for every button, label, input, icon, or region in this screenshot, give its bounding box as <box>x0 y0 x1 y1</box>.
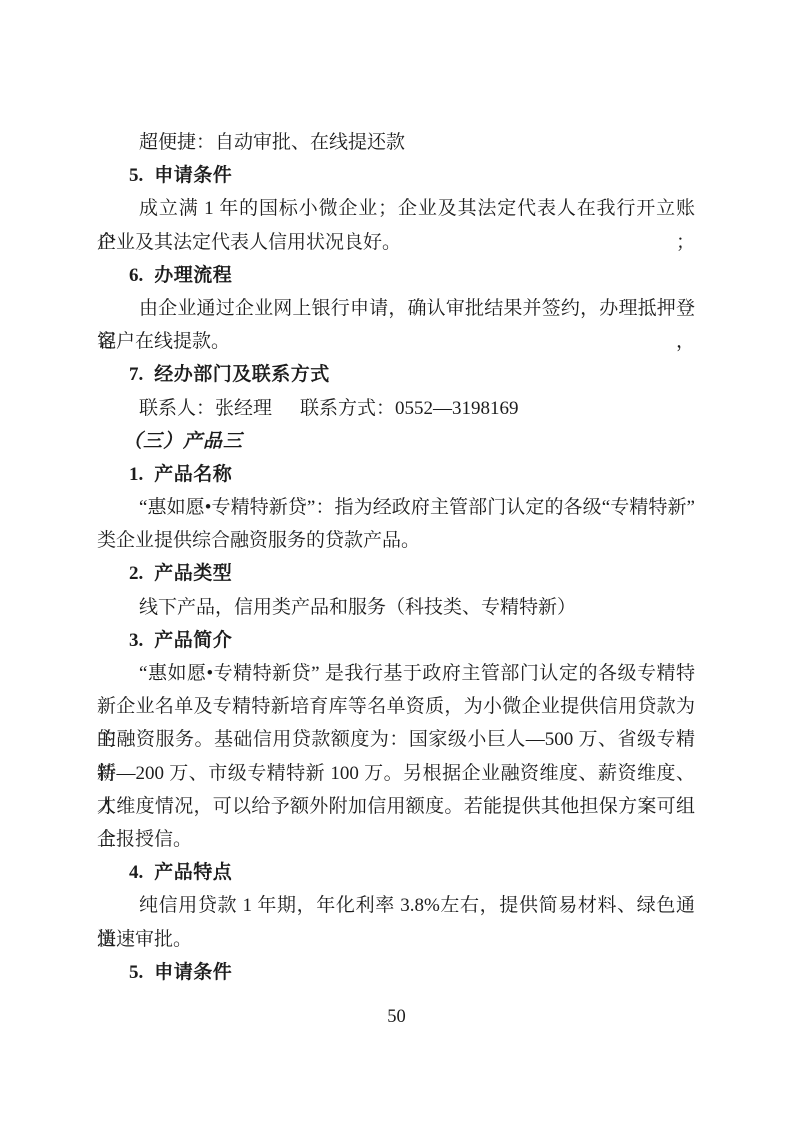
text-line: 超便捷：自动审批、在线提还款 <box>97 126 695 159</box>
section-heading: 2.产品类型 <box>97 557 695 590</box>
page-number: 50 <box>0 1001 793 1034</box>
text-line: 新企业名单及专精特新培育库等名单资质，为小微企业提供信用贷款为主 <box>97 690 695 723</box>
text-line: 快速审批。 <box>97 923 695 956</box>
heading-label: 产品特点 <box>154 862 232 883</box>
section-heading: 4.产品特点 <box>97 856 695 889</box>
heading-label: 办理流程 <box>154 265 232 286</box>
heading-number: 2. <box>129 563 143 584</box>
text-line: 线下产品，信用类产品和服务（科技类、专精特新） <box>97 591 695 624</box>
heading-label: 申请条件 <box>154 962 232 983</box>
heading-number: 3. <box>129 630 143 651</box>
contact-line: 联系人：张经理联系方式：0552—3198169 <box>97 392 695 425</box>
section-heading: 7.经办部门及联系方式 <box>97 358 695 391</box>
subsection-heading: （三）产品三 <box>97 425 695 458</box>
contact-person: 联系人：张经理 <box>139 398 272 419</box>
section-heading: 1.产品名称 <box>97 458 695 491</box>
text-line: 成立满 1 年的国标小微企业；企业及其法定代表人在我行开立账户； <box>97 192 695 225</box>
heading-number: 1. <box>129 464 143 485</box>
contact-phone: 联系方式：0552—3198169 <box>300 398 519 419</box>
heading-number: 4. <box>129 862 143 883</box>
heading-label: 经办部门及联系方式 <box>154 364 330 385</box>
text-line: “惠如愿•专精特新贷”：指为经政府主管部门认定的各级“专精特新” <box>97 491 695 524</box>
section-heading: 6.办理流程 <box>97 259 695 292</box>
heading-number: 5. <box>129 962 143 983</box>
section-heading: 3.产品简介 <box>97 624 695 657</box>
section-heading: 5.申请条件 <box>97 159 695 192</box>
heading-number: 6. <box>129 265 143 286</box>
text-line: 新—200 万、市级专精特新 100 万。另根据企业融资维度、薪资维度、人 <box>97 757 695 790</box>
section-heading: 5.申请条件 <box>97 956 695 989</box>
heading-number: 5. <box>129 165 143 186</box>
text-line: “惠如愿•专精特新贷” 是我行基于政府主管部门认定的各级专精特 <box>97 657 695 690</box>
text-line: 由企业通过企业网上银行申请，确认审批结果并签约，办理抵押登记， <box>97 292 695 325</box>
heading-label: 产品简介 <box>154 630 232 651</box>
heading-label: 申请条件 <box>154 165 232 186</box>
text-line: 类企业提供综合融资服务的贷款产品。 <box>97 524 695 557</box>
document-body: 超便捷：自动审批、在线提还款 5.申请条件 成立满 1 年的国标小微企业；企业及… <box>97 126 695 989</box>
heading-label: 产品名称 <box>154 464 232 485</box>
text-line: 纯信用贷款 1 年期，年化利率 3.8%左右，提供简易材料、绿色通道 <box>97 889 695 922</box>
text-line: 才维度情况，可以给予额外附加信用额度。若能提供其他担保方案可组合 <box>97 790 695 823</box>
document-page: 超便捷：自动审批、在线提还款 5.申请条件 成立满 1 年的国标小微企业；企业及… <box>0 0 793 1122</box>
heading-number: 7. <box>129 364 143 385</box>
text-line: 的融资服务。基础信用贷款额度为：国家级小巨人—500 万、省级专精特 <box>97 723 695 756</box>
text-line: 上报授信。 <box>97 823 695 856</box>
heading-label: 产品类型 <box>154 563 232 584</box>
